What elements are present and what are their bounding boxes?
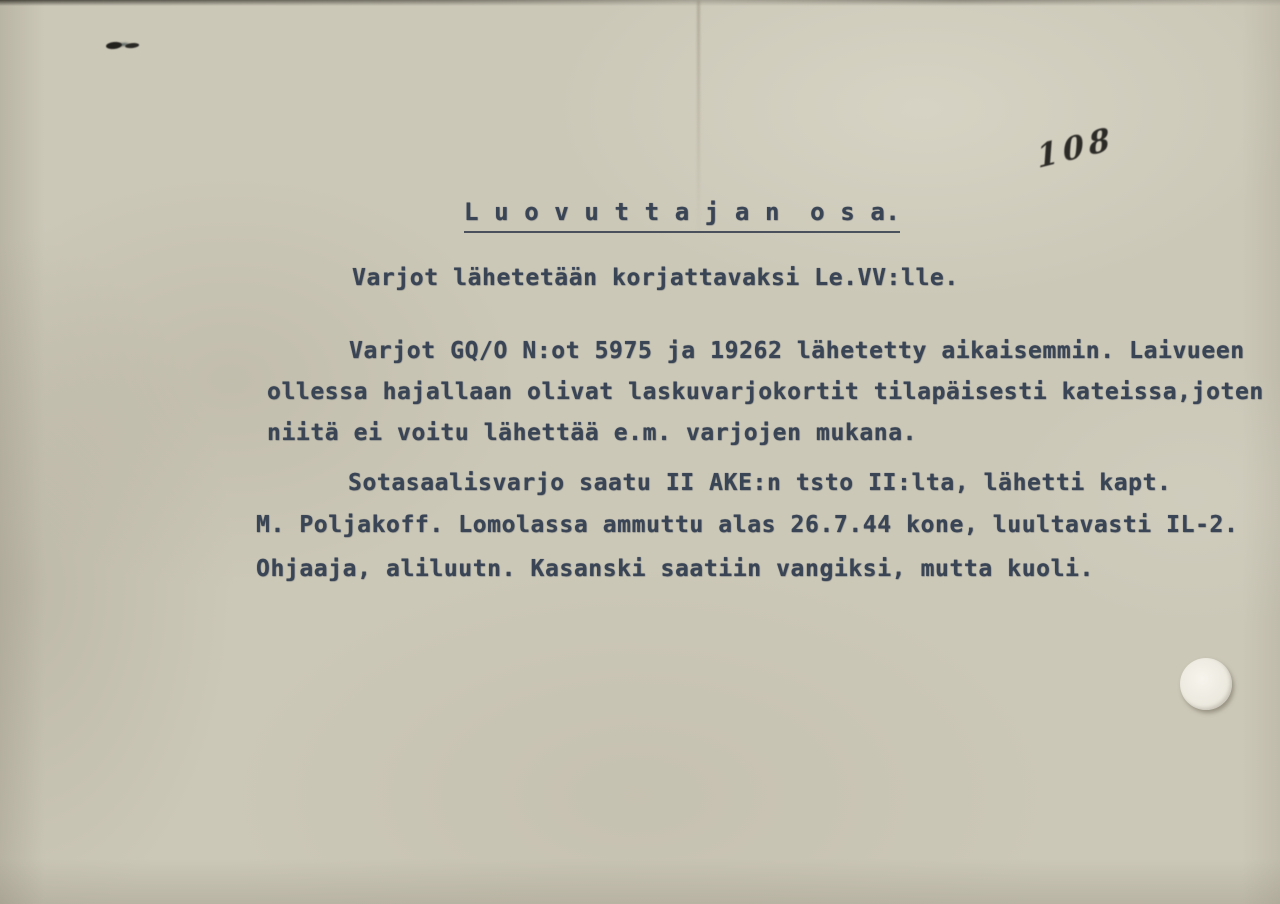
hole-punch <box>1180 658 1232 710</box>
typewritten-line: ollessa hajallaan olivat laskuvarjokorti… <box>267 379 1264 405</box>
typewritten-line: Sotasaalisvarjo saatu II AKE:n tsto II:l… <box>348 470 1172 496</box>
typewritten-line: Ohjaaja, aliluutn. Kasanski saatiin vang… <box>256 556 1094 582</box>
document-title: L u o v u t t a j a n o s a. <box>464 198 900 233</box>
ink-smudge <box>106 41 123 50</box>
scan-top-edge-shadow <box>0 0 1280 6</box>
scanned-document-page: 108 L u o v u t t a j a n o s a. Varjot … <box>0 0 1280 904</box>
typewritten-line: M. Poljakoff. Lomolassa ammuttu alas 26.… <box>256 512 1238 538</box>
typewritten-line: niitä ei voitu lähettää e.m. varjojen mu… <box>267 420 917 446</box>
typewritten-line: Varjot GQ/O N:ot 5975 ja 19262 lähetetty… <box>349 338 1245 364</box>
handwritten-page-number: 108 <box>1035 120 1116 175</box>
typewritten-line: Varjot lähetetään korjattavaksi Le.VV:ll… <box>352 265 959 291</box>
